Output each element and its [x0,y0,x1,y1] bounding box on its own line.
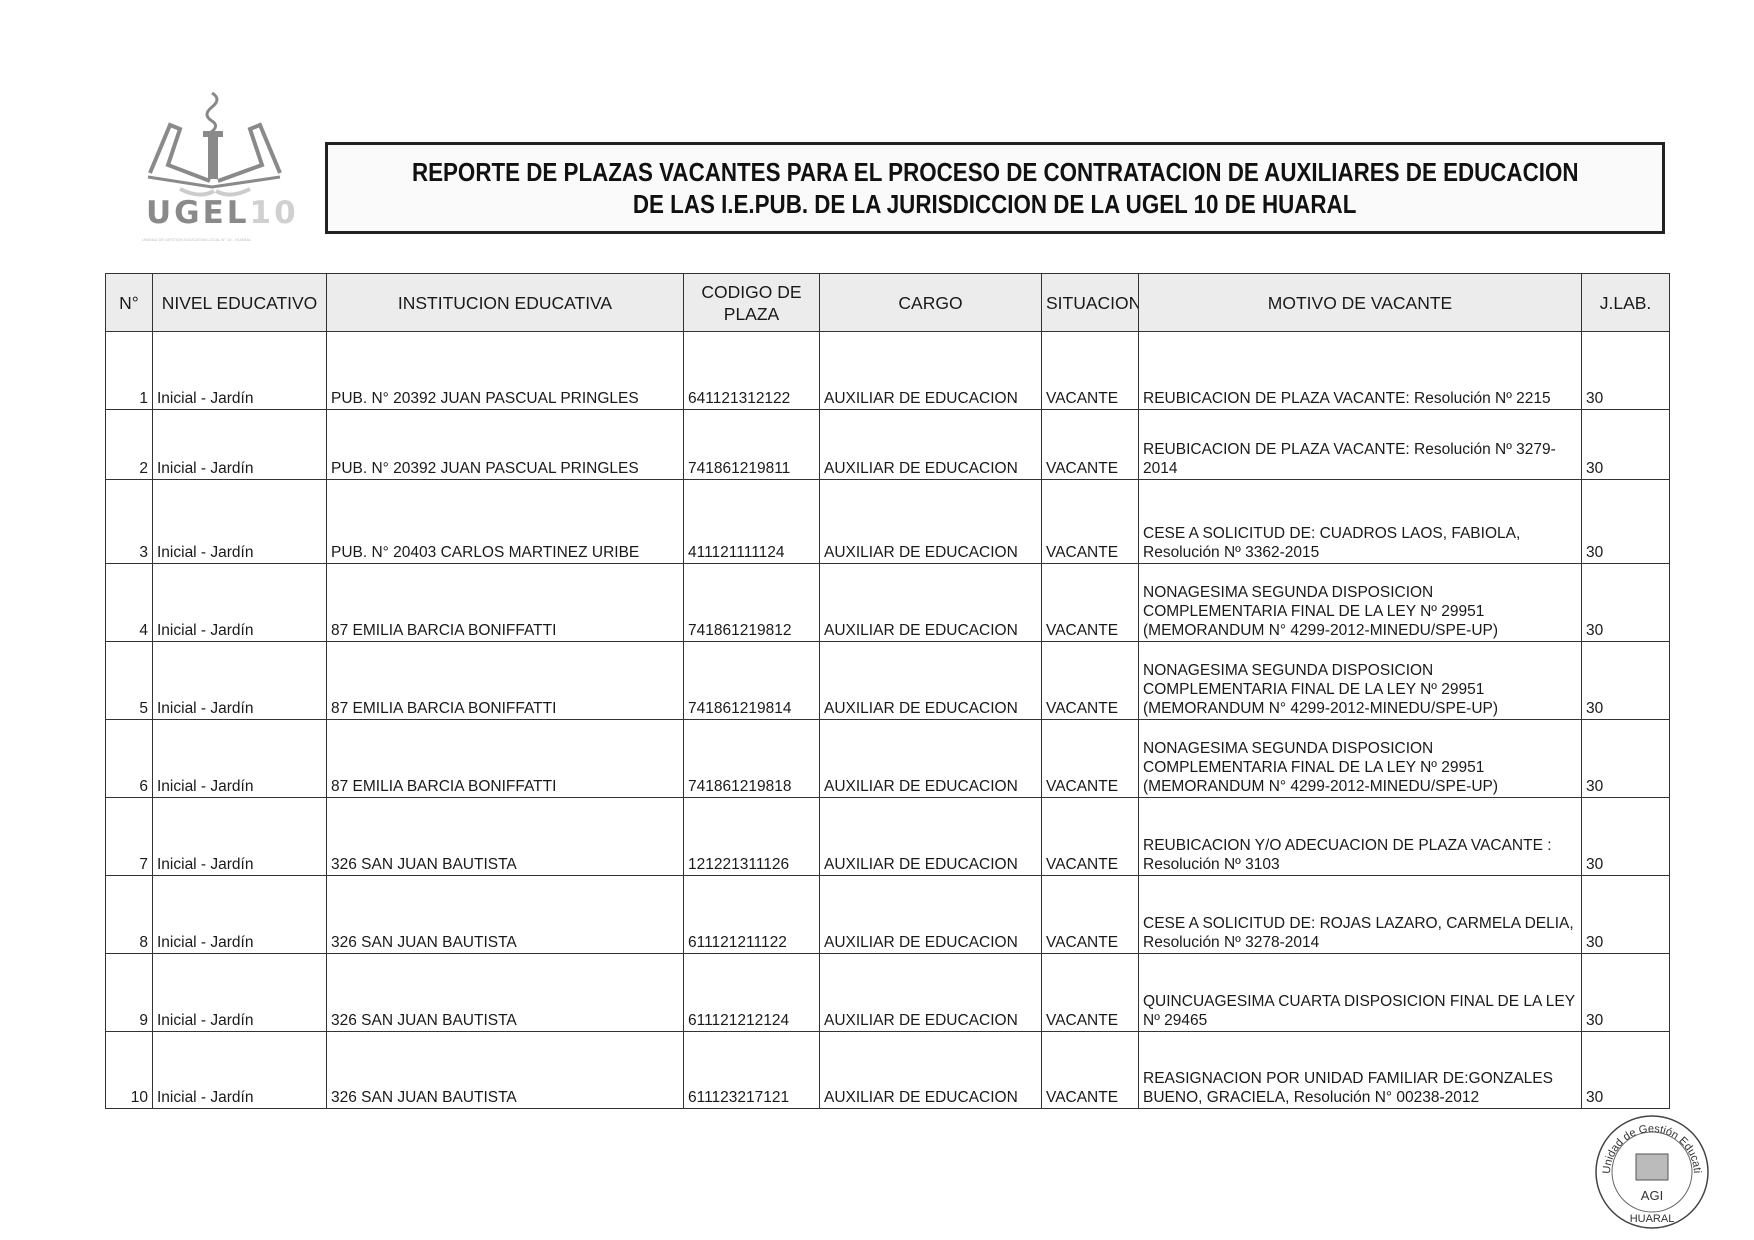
cell-jlab: 30 [1582,1032,1670,1109]
cell-cargo: AUXILIAR DE EDUCACION [820,876,1042,954]
cell-situacion: VACANTE [1042,798,1139,876]
header-institucion: INSTITUCION EDUCATIVA [327,274,684,332]
table-row: 7Inicial - Jardín326 SAN JUAN BAUTISTA12… [106,798,1670,876]
cell-codigo: 611121211122 [684,876,820,954]
cell-num: 5 [106,642,153,720]
logo-subtitle: UNIDAD DE GESTION EDUCATIVA LOCAL N° 10 … [142,237,292,242]
cell-cargo: AUXILIAR DE EDUCACION [820,564,1042,642]
header-motivo: MOTIVO DE VACANTE [1139,274,1582,332]
cell-cargo: AUXILIAR DE EDUCACION [820,954,1042,1032]
cell-motivo: NONAGESIMA SEGUNDA DISPOSICION COMPLEMEN… [1139,642,1582,720]
cell-num: 10 [106,1032,153,1109]
cell-codigo: 741861219814 [684,642,820,720]
cell-codigo: 741861219811 [684,410,820,480]
report-title-line-2: DE LAS I.E.PUB. DE LA JURISDICCION DE LA… [633,188,1356,220]
cell-cargo: AUXILIAR DE EDUCACION [820,332,1042,410]
cell-nivel: Inicial - Jardín [153,410,327,480]
cell-jlab: 30 [1582,954,1670,1032]
cell-institucion: PUB. N° 20392 JUAN PASCUAL PRINGLES [327,332,684,410]
cell-motivo: QUINCUAGESIMA CUARTA DISPOSICION FINAL D… [1139,954,1582,1032]
cell-situacion: VACANTE [1042,642,1139,720]
cell-codigo: 611123217121 [684,1032,820,1109]
cell-cargo: AUXILIAR DE EDUCACION [820,1032,1042,1109]
cell-situacion: VACANTE [1042,720,1139,798]
header-situacion: SITUACION [1042,274,1139,332]
table-row: 2Inicial - JardínPUB. N° 20392 JUAN PASC… [106,410,1670,480]
cell-institucion: 87 EMILIA BARCIA BONIFFATTI [327,642,684,720]
cell-jlab: 30 [1582,720,1670,798]
cell-codigo: 641121312122 [684,332,820,410]
table-header-row: N° NIVEL EDUCATIVO INSTITUCION EDUCATIVA… [106,274,1670,332]
cell-institucion: PUB. N° 20403 CARLOS MARTINEZ URIBE [327,480,684,564]
table-row: 6Inicial - Jardín87 EMILIA BARCIA BONIFF… [106,720,1670,798]
cell-cargo: AUXILIAR DE EDUCACION [820,480,1042,564]
table-row: 4Inicial - Jardín87 EMILIA BARCIA BONIFF… [106,564,1670,642]
cell-jlab: 30 [1582,480,1670,564]
cell-institucion: 326 SAN JUAN BAUTISTA [327,954,684,1032]
cell-nivel: Inicial - Jardín [153,480,327,564]
ugel-logo: UGEL10 UNIDAD DE GESTION EDUCATIVA LOCAL… [140,85,290,245]
cell-codigo: 611121212124 [684,954,820,1032]
cell-jlab: 30 [1582,642,1670,720]
cell-num: 4 [106,564,153,642]
cell-situacion: VACANTE [1042,954,1139,1032]
stamp-bottom-text: HUARAL [1630,1213,1675,1225]
header-codigo: CODIGO DEPLAZA [684,274,820,332]
cell-nivel: Inicial - Jardín [153,332,327,410]
cell-situacion: VACANTE [1042,410,1139,480]
cell-jlab: 30 [1582,876,1670,954]
table-row: 1Inicial - JardínPUB. N° 20392 JUAN PASC… [106,332,1670,410]
cell-cargo: AUXILIAR DE EDUCACION [820,798,1042,876]
cell-nivel: Inicial - Jardín [153,642,327,720]
cell-motivo: REUBICACION DE PLAZA VACANTE: Resolución… [1139,332,1582,410]
cell-motivo: REASIGNACION POR UNIDAD FAMILIAR DE:GONZ… [1139,1032,1582,1109]
report-title-line-1: REPORTE DE PLAZAS VACANTES PARA EL PROCE… [412,156,1579,188]
cell-situacion: VACANTE [1042,1032,1139,1109]
cell-institucion: PUB. N° 20392 JUAN PASCUAL PRINGLES [327,410,684,480]
cell-num: 3 [106,480,153,564]
cell-codigo: 741861219818 [684,720,820,798]
table-row: 5Inicial - Jardín87 EMILIA BARCIA BONIFF… [106,642,1670,720]
cell-nivel: Inicial - Jardín [153,564,327,642]
cell-cargo: AUXILIAR DE EDUCACION [820,720,1042,798]
cell-codigo: 741861219812 [684,564,820,642]
cell-situacion: VACANTE [1042,564,1139,642]
header-num: N° [106,274,153,332]
cell-nivel: Inicial - Jardín [153,876,327,954]
cell-num: 1 [106,332,153,410]
cell-nivel: Inicial - Jardín [153,720,327,798]
cell-institucion: 326 SAN JUAN BAUTISTA [327,798,684,876]
cell-num: 6 [106,720,153,798]
stamp-center-text: AGI [1641,1188,1663,1203]
cell-nivel: Inicial - Jardín [153,1032,327,1109]
cell-nivel: Inicial - Jardín [153,954,327,1032]
cell-motivo: REUBICACION Y/O ADECUACION DE PLAZA VACA… [1139,798,1582,876]
cell-jlab: 30 [1582,798,1670,876]
cell-institucion: 326 SAN JUAN BAUTISTA [327,876,684,954]
cell-situacion: VACANTE [1042,876,1139,954]
table-row: 3Inicial - JardínPUB. N° 20403 CARLOS MA… [106,480,1670,564]
cell-institucion: 87 EMILIA BARCIA BONIFFATTI [327,564,684,642]
report-title-box: REPORTE DE PLAZAS VACANTES PARA EL PROCE… [325,142,1665,234]
cell-motivo: CESE A SOLICITUD DE: CUADROS LAOS, FABIO… [1139,480,1582,564]
cell-num: 7 [106,798,153,876]
cell-codigo: 121221311126 [684,798,820,876]
table-row: 8Inicial - Jardín326 SAN JUAN BAUTISTA61… [106,876,1670,954]
cell-nivel: Inicial - Jardín [153,798,327,876]
vacancies-table: N° NIVEL EDUCATIVO INSTITUCION EDUCATIVA… [105,273,1670,1109]
header-nivel: NIVEL EDUCATIVO [153,274,327,332]
table-row: 9Inicial - Jardín326 SAN JUAN BAUTISTA61… [106,954,1670,1032]
header-jlab: J.LAB. [1582,274,1670,332]
cell-num: 2 [106,410,153,480]
cell-motivo: NONAGESIMA SEGUNDA DISPOSICION COMPLEMEN… [1139,564,1582,642]
cell-num: 8 [106,876,153,954]
cell-codigo: 411121111124 [684,480,820,564]
cell-jlab: 30 [1582,332,1670,410]
cell-jlab: 30 [1582,410,1670,480]
cell-situacion: VACANTE [1042,480,1139,564]
cell-institucion: 326 SAN JUAN BAUTISTA [327,1032,684,1109]
cell-motivo: CESE A SOLICITUD DE: ROJAS LAZARO, CARME… [1139,876,1582,954]
cell-jlab: 30 [1582,564,1670,642]
cell-cargo: AUXILIAR DE EDUCACION [820,410,1042,480]
cell-cargo: AUXILIAR DE EDUCACION [820,642,1042,720]
cell-institucion: 87 EMILIA BARCIA BONIFFATTI [327,720,684,798]
cell-num: 9 [106,954,153,1032]
table-row: 10Inicial - Jardín326 SAN JUAN BAUTISTA6… [106,1032,1670,1109]
seal-icon: Unidad de Gestión Educativa Local AGI HU… [1592,1112,1712,1232]
logo-wordmark: UGEL10 [146,195,299,231]
cell-motivo: NONAGESIMA SEGUNDA DISPOSICION COMPLEMEN… [1139,720,1582,798]
cell-situacion: VACANTE [1042,332,1139,410]
cell-motivo: REUBICACION DE PLAZA VACANTE: Resolución… [1139,410,1582,480]
official-stamp: Unidad de Gestión Educativa Local AGI HU… [1592,1112,1712,1232]
header-cargo: CARGO [820,274,1042,332]
